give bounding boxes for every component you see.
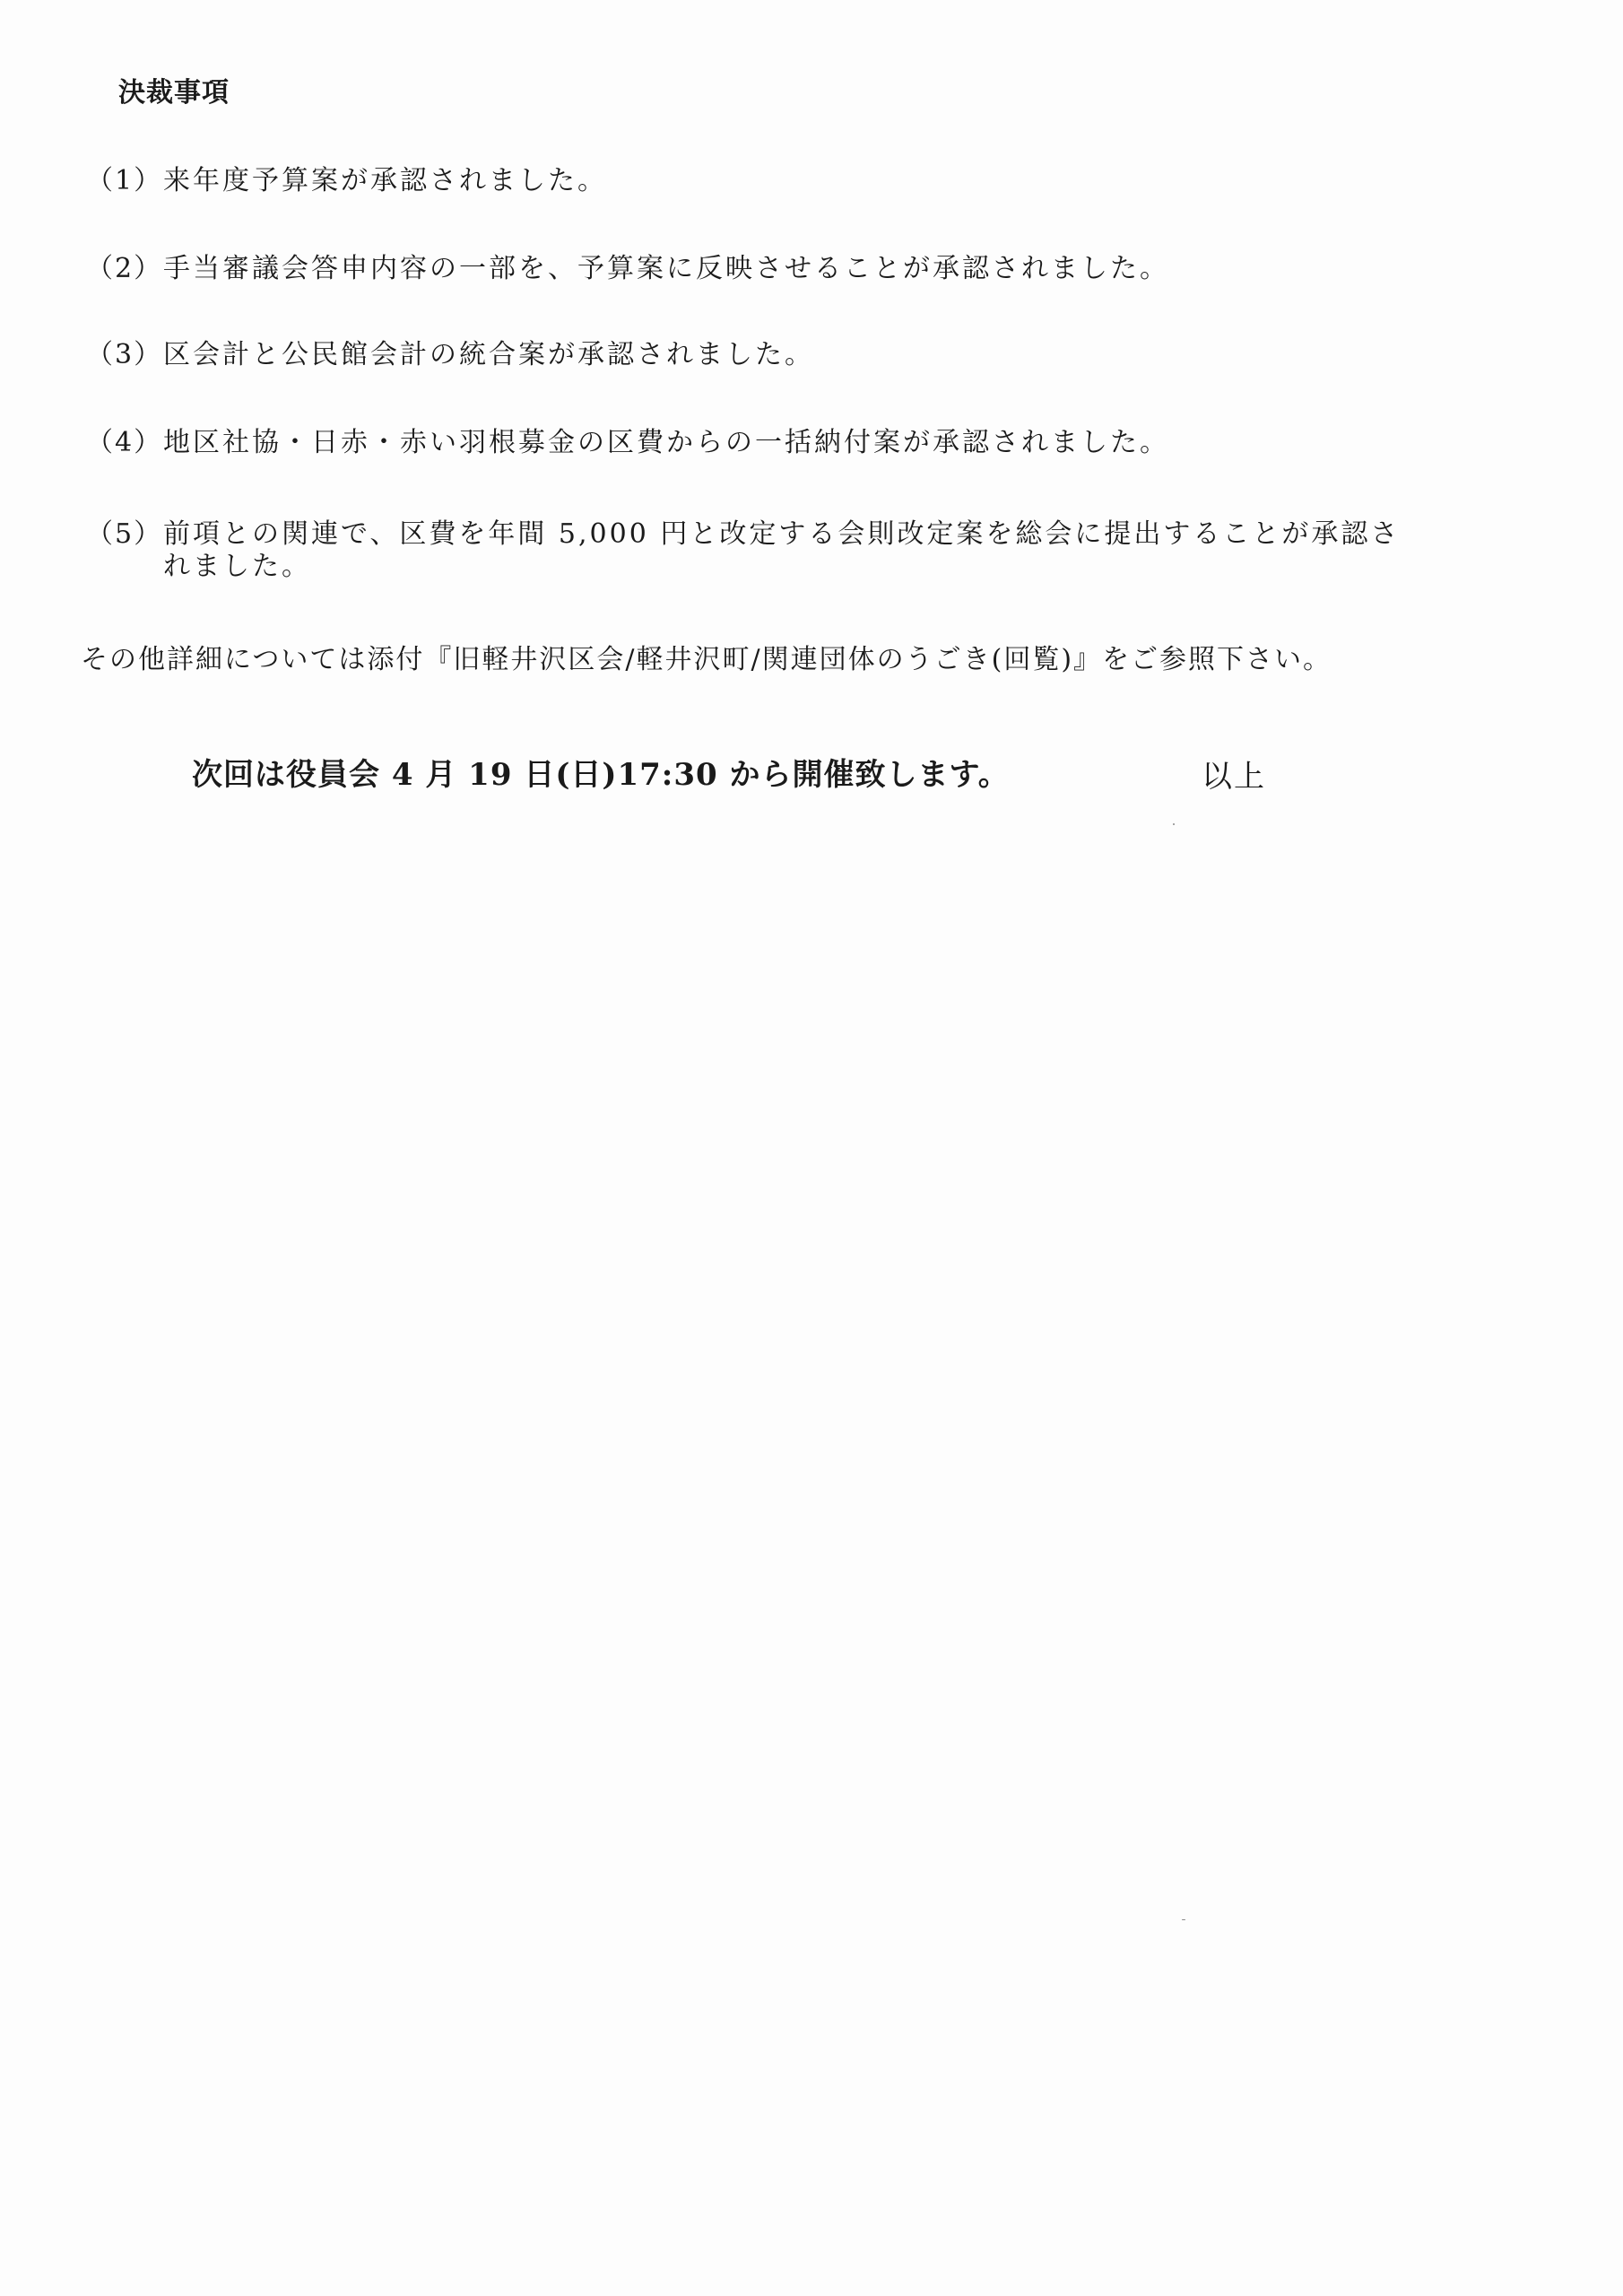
scanned-page: 決裁事項 （1）来年度予算案が承認されました。 （2）手当審議会答申内容の一部を… — [0, 0, 1623, 2296]
item-number: （3） — [86, 339, 163, 371]
item-number: （4） — [86, 427, 163, 459]
section-heading: 決裁事項 — [118, 70, 230, 109]
decision-item-3: （3）区会計と公民館会計の統合案が承認されました。 — [86, 339, 814, 371]
closing-mark: 以上 — [1202, 752, 1266, 796]
decision-item-1: （1）来年度予算案が承認されました。 — [86, 165, 607, 197]
scan-speck — [1182, 1919, 1185, 1920]
decision-item-5: （5）前項との関連で、区費を年間 5,000 円と改定する会則改定案を総会に提出… — [86, 518, 1400, 583]
item-text: 手当審議会答申内容の一部を、予算案に反映させることが承認されました。 — [163, 253, 1169, 284]
item-text: 前項との関連で、区費を年間 5,000 円と改定する会則改定案を総会に提出するこ… — [163, 518, 1400, 550]
item-text: 来年度予算案が承認されました。 — [163, 165, 607, 196]
item-text-continuation: れました。 — [86, 551, 1400, 583]
item-number: （2） — [86, 253, 163, 285]
decision-item-4: （4）地区社協・日赤・赤い羽根募金の区費からの一括納付案が承認されました。 — [86, 427, 1169, 459]
item-text: 地区社協・日赤・赤い羽根募金の区費からの一括納付案が承認されました。 — [163, 427, 1169, 458]
item-number: （1） — [86, 165, 163, 197]
scan-speck — [1173, 823, 1175, 825]
next-meeting-notice: 次回は役員会 4 月 19 日(日)17:30 から開催致します。 — [192, 750, 1010, 794]
reference-note: その他詳細については添付『旧軽井沢区会/軽井沢町/関連団体のうごき(回覧)』をご… — [81, 644, 1332, 676]
item-number: （5） — [86, 518, 163, 551]
item-text: 区会計と公民館会計の統合案が承認されました。 — [163, 339, 814, 370]
decision-item-2: （2）手当審議会答申内容の一部を、予算案に反映させることが承認されました。 — [86, 253, 1169, 285]
